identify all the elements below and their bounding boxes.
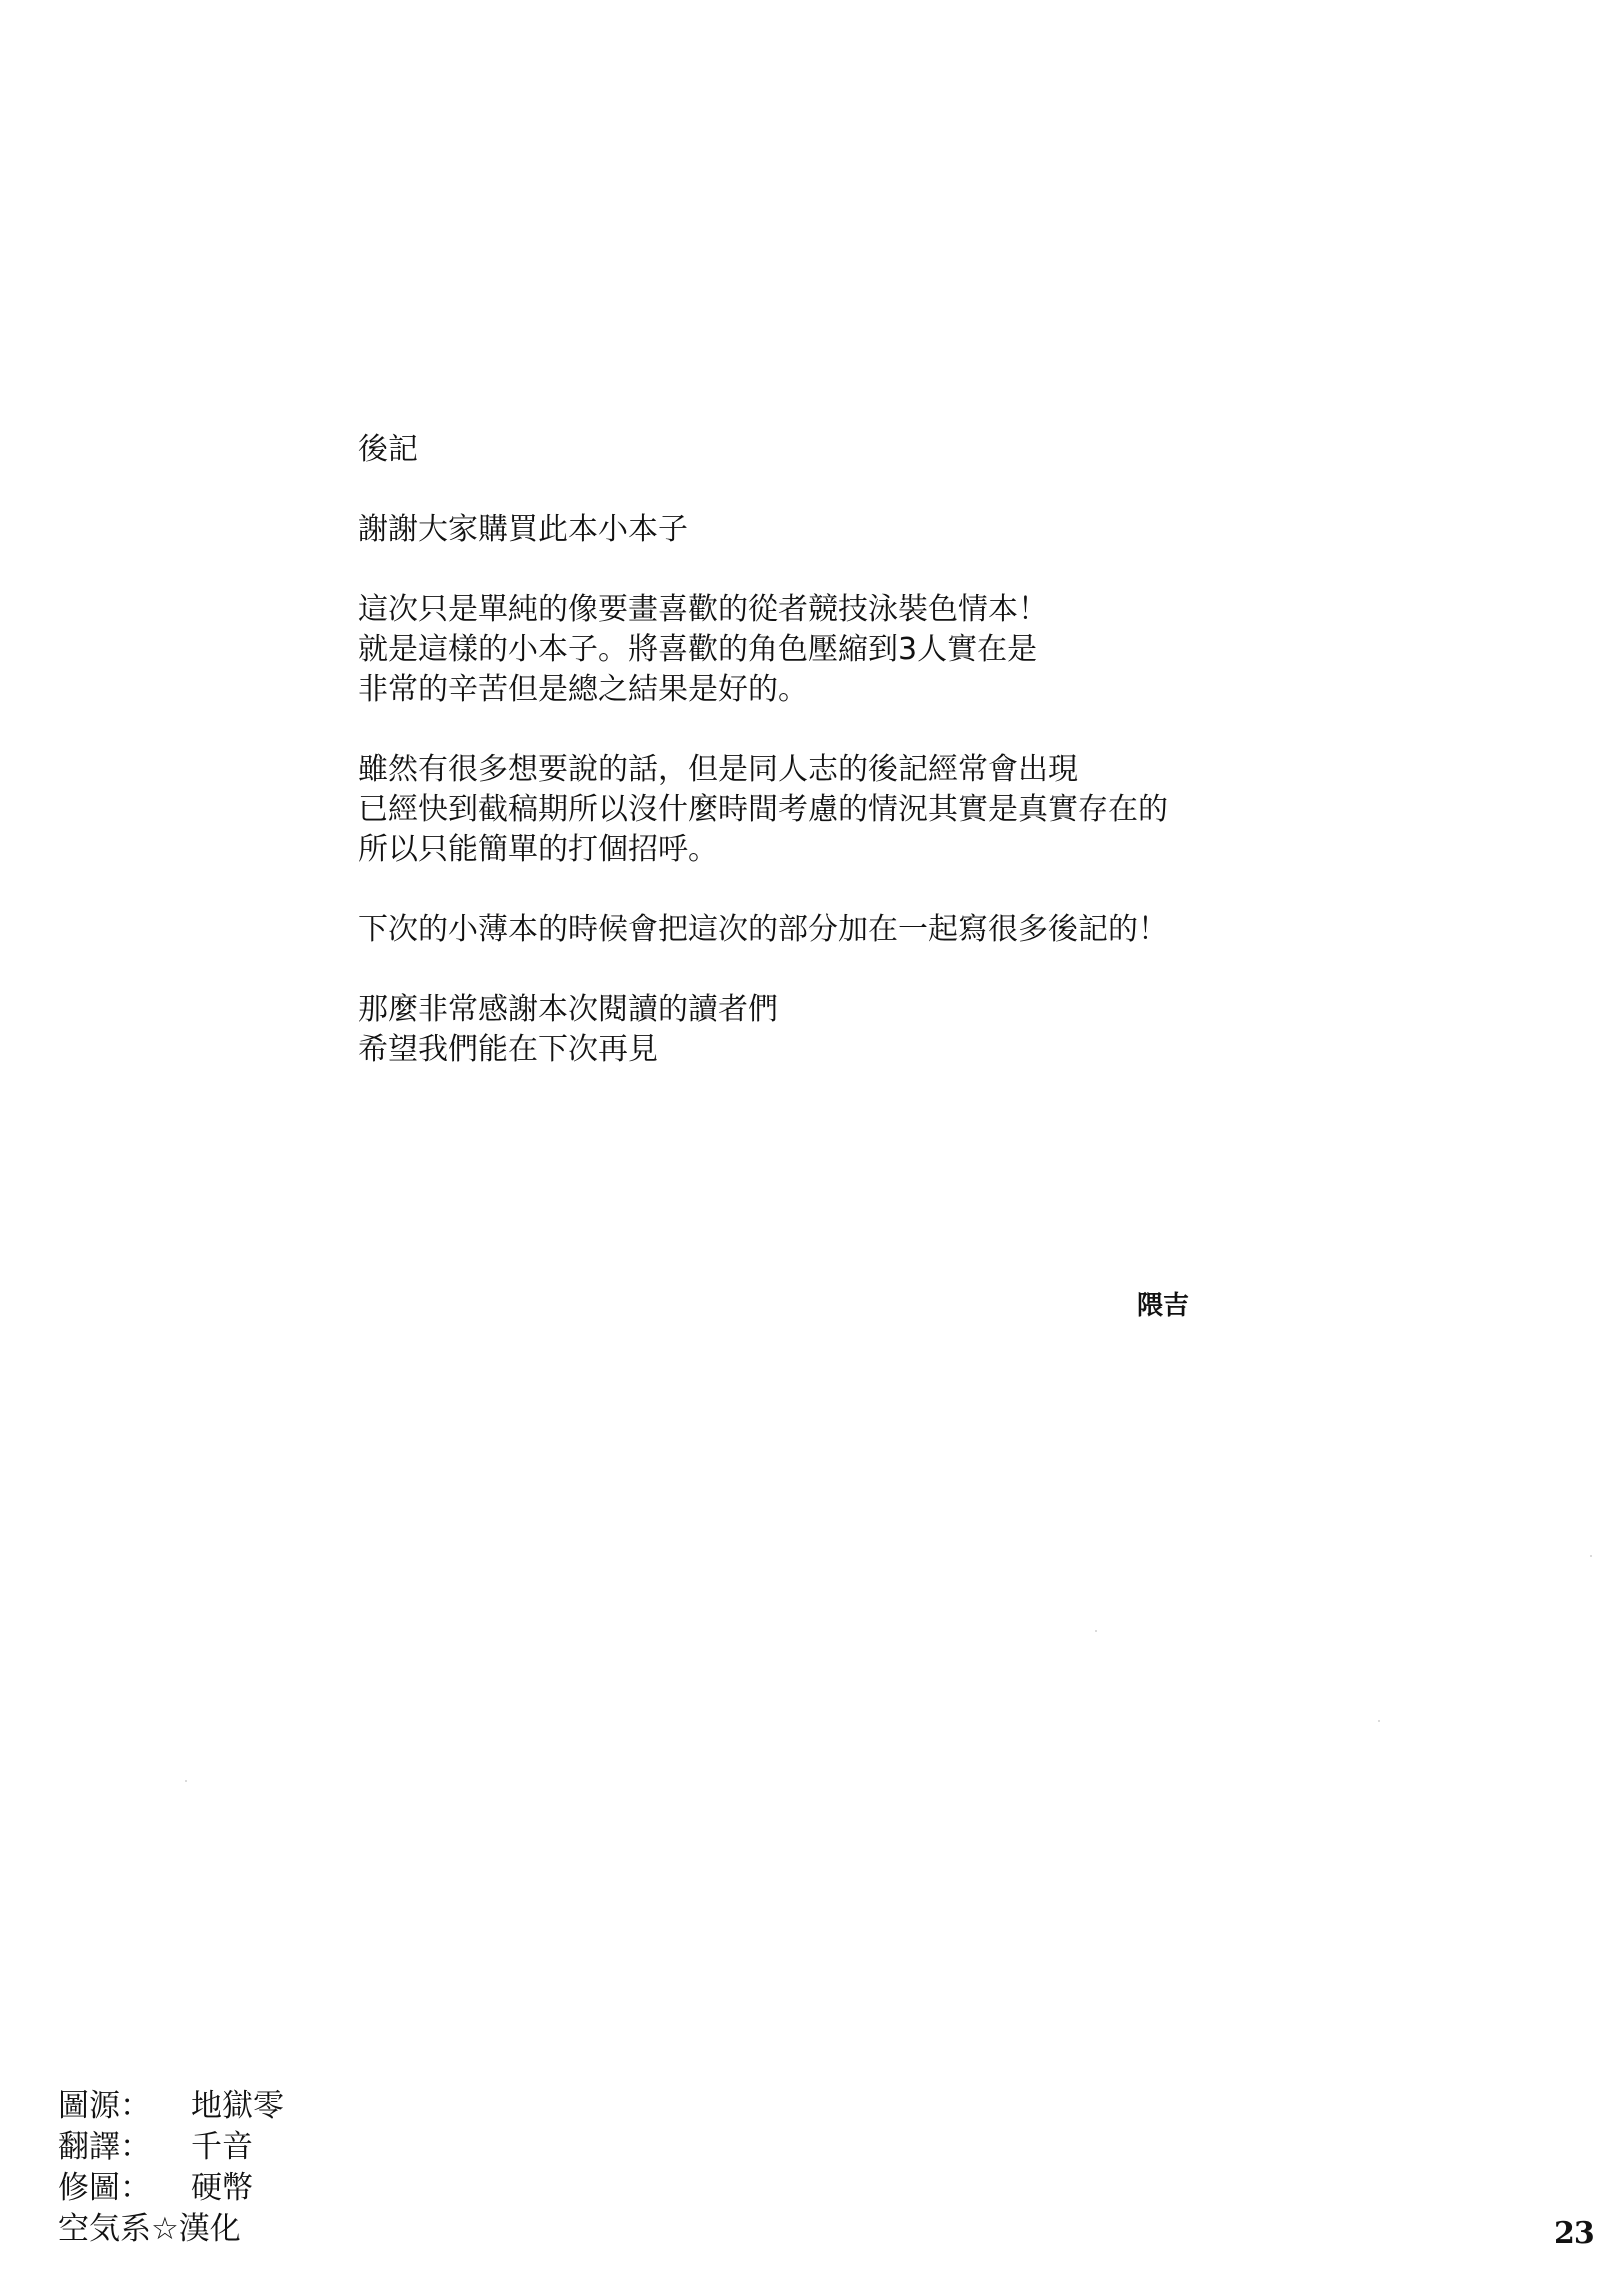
group-name: 空気系☆漢化 — [58, 2209, 241, 2250]
text-line: 雖然有很多想要說的話，但是同人志的後記經常會出現 — [358, 750, 1358, 790]
credit-label: 翻譯 — [58, 2127, 120, 2168]
afterword-section: 後記 謝謝大家購買此本小本子 這次只是單純的像要畫喜歡的從者競技泳裝色情本！ 就… — [358, 430, 1358, 1110]
page-number: 23 — [1554, 2216, 1594, 2252]
credit-value: 地獄零 — [191, 2088, 284, 2124]
text-line: 希望我們能在下次再見 — [358, 1030, 1358, 1070]
credit-label: 圖源 — [58, 2086, 120, 2127]
paragraph-closing: 那麼非常感謝本次閱讀的讀者們 希望我們能在下次再見 — [358, 990, 1358, 1070]
credit-separator: ： — [120, 2088, 151, 2124]
text-line: 已經快到截稿期所以沒什麼時間考慮的情況其實是真實存在的 — [358, 790, 1358, 830]
author-signature: 隈吉 — [1137, 1290, 1189, 1322]
text-line: 那麼非常感謝本次閱讀的讀者們 — [358, 990, 1358, 1030]
document-page: 後記 謝謝大家購買此本小本子 這次只是單純的像要畫喜歡的從者競技泳裝色情本！ 就… — [0, 0, 1600, 2289]
paragraph-thanks: 謝謝大家購買此本小本子 — [358, 510, 1358, 550]
text-line: 謝謝大家購買此本小本子 — [358, 510, 1358, 550]
text-line: 非常的辛苦但是總之結果是好的。 — [358, 670, 1358, 710]
scan-speck — [1378, 1720, 1380, 1722]
credit-value: 硬幣 — [191, 2170, 253, 2206]
text-line: 就是這樣的小本子。將喜歡的角色壓縮到3人實在是 — [358, 630, 1358, 670]
credit-line-editing: 修圖：硬幣 — [58, 2168, 284, 2209]
credit-line-source: 圖源：地獄零 — [58, 2086, 284, 2127]
credit-label: 修圖 — [58, 2168, 120, 2209]
credit-line-group: 空気系☆漢化 — [58, 2209, 284, 2250]
paragraph-next-time: 下次的小薄本的時候會把這次的部分加在一起寫很多後記的！ — [358, 910, 1358, 950]
afterword-title: 後記 — [358, 430, 1358, 470]
credit-value: 千音 — [191, 2129, 253, 2165]
credit-separator: ： — [120, 2129, 151, 2165]
credit-separator: ： — [120, 2170, 151, 2206]
scan-speck — [185, 1780, 187, 1782]
paragraph-about-book: 這次只是單純的像要畫喜歡的從者競技泳裝色情本！ 就是這樣的小本子。將喜歡的角色壓… — [358, 590, 1358, 710]
scan-speck — [1590, 1555, 1592, 1557]
credit-line-translation: 翻譯：千音 — [58, 2127, 284, 2168]
text-line: 這次只是單純的像要畫喜歡的從者競技泳裝色情本！ — [358, 590, 1358, 630]
text-line: 所以只能簡單的打個招呼。 — [358, 830, 1358, 870]
text-line: 下次的小薄本的時候會把這次的部分加在一起寫很多後記的！ — [358, 910, 1358, 950]
scan-speck — [1095, 1630, 1097, 1632]
paragraph-deadline: 雖然有很多想要說的話，但是同人志的後記經常會出現 已經快到截稿期所以沒什麼時間考… — [358, 750, 1358, 870]
translation-credits: 圖源：地獄零 翻譯：千音 修圖：硬幣 空気系☆漢化 — [58, 2086, 284, 2250]
